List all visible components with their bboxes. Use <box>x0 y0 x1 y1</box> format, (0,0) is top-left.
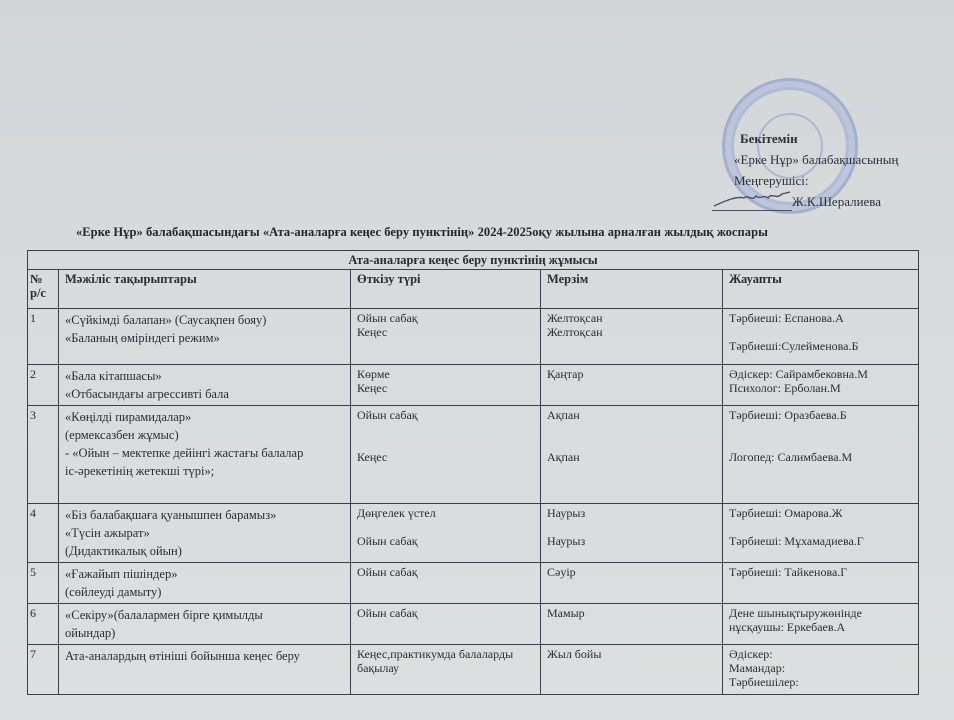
signer-name: Ж.К.Шералиева <box>792 194 881 209</box>
deadline-text: Мамыр <box>547 606 716 620</box>
topic-text: іс-әрекетінің жетекші түрі»; <box>65 462 344 480</box>
type-text: Ойын сабақ <box>357 565 534 579</box>
topic-text: ойындар) <box>65 624 344 642</box>
topic-text: «Біз балабақшаға қуанышпен барамыз» <box>65 506 344 524</box>
table-row: 7Ата-аналардың өтініші бойынша кеңес бер… <box>28 645 919 695</box>
cell-responsible: Тәрбиеші: Тайкенова.Г <box>723 563 919 604</box>
type-text: Кеңес <box>357 450 534 464</box>
responsible-text: Логопед: Салимбаева.М <box>729 450 912 464</box>
cell-deadline: Жыл бойы <box>541 645 723 695</box>
approval-organization: «Ерке Нұр» балабақшасының <box>734 149 898 170</box>
cell-num: 4 <box>28 504 59 563</box>
responsible-text: Мамандар: <box>729 661 912 675</box>
cell-deadline: Сәуір <box>541 563 723 604</box>
num-text: 4 <box>30 506 52 520</box>
topic-text: «Баланың өміріндегі режим» <box>65 329 344 347</box>
cell-num: 1 <box>28 309 59 365</box>
cell-responsible: Тәрбиеші: Омарова.ЖТәрбиеші: Мұхамадиева… <box>723 504 919 563</box>
cell-type: Кеңес,практикумда балалардыбақылау <box>351 645 541 695</box>
header-num: № р/с <box>28 270 59 309</box>
cell-topic: «Біз балабақшаға қуанышпен барамыз»«Түсі… <box>59 504 351 563</box>
type-text: Дөңгелек үстел <box>357 506 534 520</box>
topic-text: Ата-аналардың өтініші бойынша кеңес беру <box>65 647 344 665</box>
cell-type: Ойын сабақКеңес <box>351 309 541 365</box>
cell-topic: «Бала кітапшасы»«Отбасындағы агрессивті … <box>59 365 351 406</box>
cell-topic: «Көңілді пирамидалар»(ермексазбен жұмыс)… <box>59 406 351 504</box>
table-caption: Ата-аналарға кеңес беру пунктінің жұмысы <box>28 251 919 270</box>
cell-responsible: Тәрбиеші: Еспанова.АТәрбиеші:Сулейменова… <box>723 309 919 365</box>
responsible-text: Тәрбиеші: Еспанова.А <box>729 311 912 325</box>
header-responsible: Жауапты <box>723 270 919 309</box>
responsible-text: Психолог: Ерболан.М <box>729 381 912 395</box>
deadline-text: Желтоқсан <box>547 325 716 339</box>
cell-type: Дөңгелек үстелОйын сабақ <box>351 504 541 563</box>
cell-type: Ойын сабақКеңес <box>351 406 541 504</box>
document-title: «Ерке Нұр» балабақшасындағы «Ата-аналарғ… <box>76 225 768 240</box>
type-text: Көрме <box>357 367 534 381</box>
num-text: 6 <box>30 606 52 620</box>
table-header-row: № р/с Мәжіліс тақырыптары Өткізу түрі Ме… <box>28 270 919 309</box>
cell-deadline: НаурызНаурыз <box>541 504 723 563</box>
cell-type: Ойын сабақ <box>351 563 541 604</box>
responsible-text: Тәрбиеші: Тайкенова.Г <box>729 565 912 579</box>
topic-text: «Бала кітапшасы» <box>65 367 344 385</box>
cell-responsible: Әдіскер:Мамандар:Тәрбиешілер: <box>723 645 919 695</box>
cell-responsible: Дене шынықтыружөнінденұсқаушы: Еркебаев.… <box>723 604 919 645</box>
approval-heading: Бекітемін <box>740 128 898 149</box>
topic-text: «Көңілді пирамидалар» <box>65 408 344 426</box>
cell-type: КөрмеКеңес <box>351 365 541 406</box>
deadline-text: Наурыз <box>547 534 716 548</box>
topic-text: (сөйлеуді дамыту) <box>65 583 344 601</box>
responsible-text: Тәрбиешілер: <box>729 675 912 689</box>
type-text: бақылау <box>357 661 534 675</box>
cell-topic: «Сүйкімді балапан» (Саусақпен бояу)«Бала… <box>59 309 351 365</box>
responsible-text: Тәрбиеші: Омарова.Ж <box>729 506 912 520</box>
table-caption-row: Ата-аналарға кеңес беру пунктінің жұмысы <box>28 251 919 270</box>
approval-position: Меңгерушісі: <box>734 170 898 191</box>
table-row: 3«Көңілді пирамидалар»(ермексазбен жұмыс… <box>28 406 919 504</box>
num-text: 7 <box>30 647 52 661</box>
cell-deadline: Қаңтар <box>541 365 723 406</box>
type-text: Кеңес,практикумда балаларды <box>357 647 534 661</box>
cell-num: 5 <box>28 563 59 604</box>
topic-text: (ермексазбен жұмыс) <box>65 426 344 444</box>
deadline-text: Сәуір <box>547 565 716 579</box>
cell-num: 6 <box>28 604 59 645</box>
cell-responsible: Тәрбиеші: Оразбаева.БЛогопед: Салимбаева… <box>723 406 919 504</box>
deadline-text: Қаңтар <box>547 367 716 381</box>
table-row: 4«Біз балабақшаға қуанышпен барамыз»«Түс… <box>28 504 919 563</box>
deadline-text: Ақпан <box>547 408 716 422</box>
cell-num: 2 <box>28 365 59 406</box>
num-text: 3 <box>30 408 52 422</box>
table-row: 2«Бала кітапшасы»«Отбасындағы агрессивті… <box>28 365 919 406</box>
cell-type: Ойын сабақ <box>351 604 541 645</box>
table-row: 5«Ғажайып пішіндер»(сөйлеуді дамыту)Ойын… <box>28 563 919 604</box>
type-text: Ойын сабақ <box>357 534 534 548</box>
signature-mark <box>712 196 792 211</box>
topic-text: «Секіру»(балалармен бірге қимылды <box>65 606 344 624</box>
topic-text: «Сүйкімді балапан» (Саусақпен бояу) <box>65 311 344 329</box>
header-topic: Мәжіліс тақырыптары <box>59 270 351 309</box>
cell-deadline: Мамыр <box>541 604 723 645</box>
cell-num: 3 <box>28 406 59 504</box>
deadline-text: Желтоқсан <box>547 311 716 325</box>
header-type: Өткізу түрі <box>351 270 541 309</box>
num-text: 5 <box>30 565 52 579</box>
deadline-text: Жыл бойы <box>547 647 716 661</box>
topic-text: «Ғажайып пішіндер» <box>65 565 344 583</box>
cell-deadline: АқпанАқпан <box>541 406 723 504</box>
table-row: 6«Секіру»(балалармен бірге қимылдыойында… <box>28 604 919 645</box>
type-text: Кеңес <box>357 381 534 395</box>
topic-text: «Түсін ажырат» <box>65 524 344 542</box>
responsible-text: Әдіскер: <box>729 647 912 661</box>
responsible-text: Дене шынықтыружөнінде <box>729 606 912 620</box>
num-text: 1 <box>30 311 52 325</box>
type-text: Ойын сабақ <box>357 606 534 620</box>
responsible-text: нұсқаушы: Еркебаев.А <box>729 620 912 634</box>
responsible-text: Тәрбиеші: Мұхамадиева.Г <box>729 534 912 548</box>
type-text: Кеңес <box>357 325 534 339</box>
num-text: 2 <box>30 367 52 381</box>
cell-topic: Ата-аналардың өтініші бойынша кеңес беру <box>59 645 351 695</box>
deadline-text: Ақпан <box>547 450 716 464</box>
responsible-text: Әдіскер: Сайрамбековна.М <box>729 367 912 381</box>
cell-topic: «Ғажайып пішіндер»(сөйлеуді дамыту) <box>59 563 351 604</box>
responsible-text: Тәрбиеші:Сулейменова.Б <box>729 339 912 353</box>
topic-text: «Отбасындағы агрессивті бала <box>65 385 344 403</box>
cell-responsible: Әдіскер: Сайрамбековна.МПсихолог: Ербола… <box>723 365 919 406</box>
type-text: Ойын сабақ <box>357 408 534 422</box>
approval-block: Бекітемін «Ерке Нұр» балабақшасының Меңг… <box>732 128 898 212</box>
topic-text: - «Ойын – мектепке дейінгі жастағы балал… <box>65 444 344 462</box>
cell-deadline: ЖелтоқсанЖелтоқсан <box>541 309 723 365</box>
header-deadline: Мерзім <box>541 270 723 309</box>
responsible-text: Тәрбиеші: Оразбаева.Б <box>729 408 912 422</box>
cell-num: 7 <box>28 645 59 695</box>
deadline-text: Наурыз <box>547 506 716 520</box>
plan-table: Ата-аналарға кеңес беру пунктінің жұмысы… <box>27 250 919 695</box>
topic-text: (Дидактикалық ойын) <box>65 542 344 560</box>
table-row: 1«Сүйкімді балапан» (Саусақпен бояу)«Бал… <box>28 309 919 365</box>
signature-row: Ж.К.Шералиева <box>712 191 898 212</box>
cell-topic: «Секіру»(балалармен бірге қимылдыойындар… <box>59 604 351 645</box>
type-text: Ойын сабақ <box>357 311 534 325</box>
